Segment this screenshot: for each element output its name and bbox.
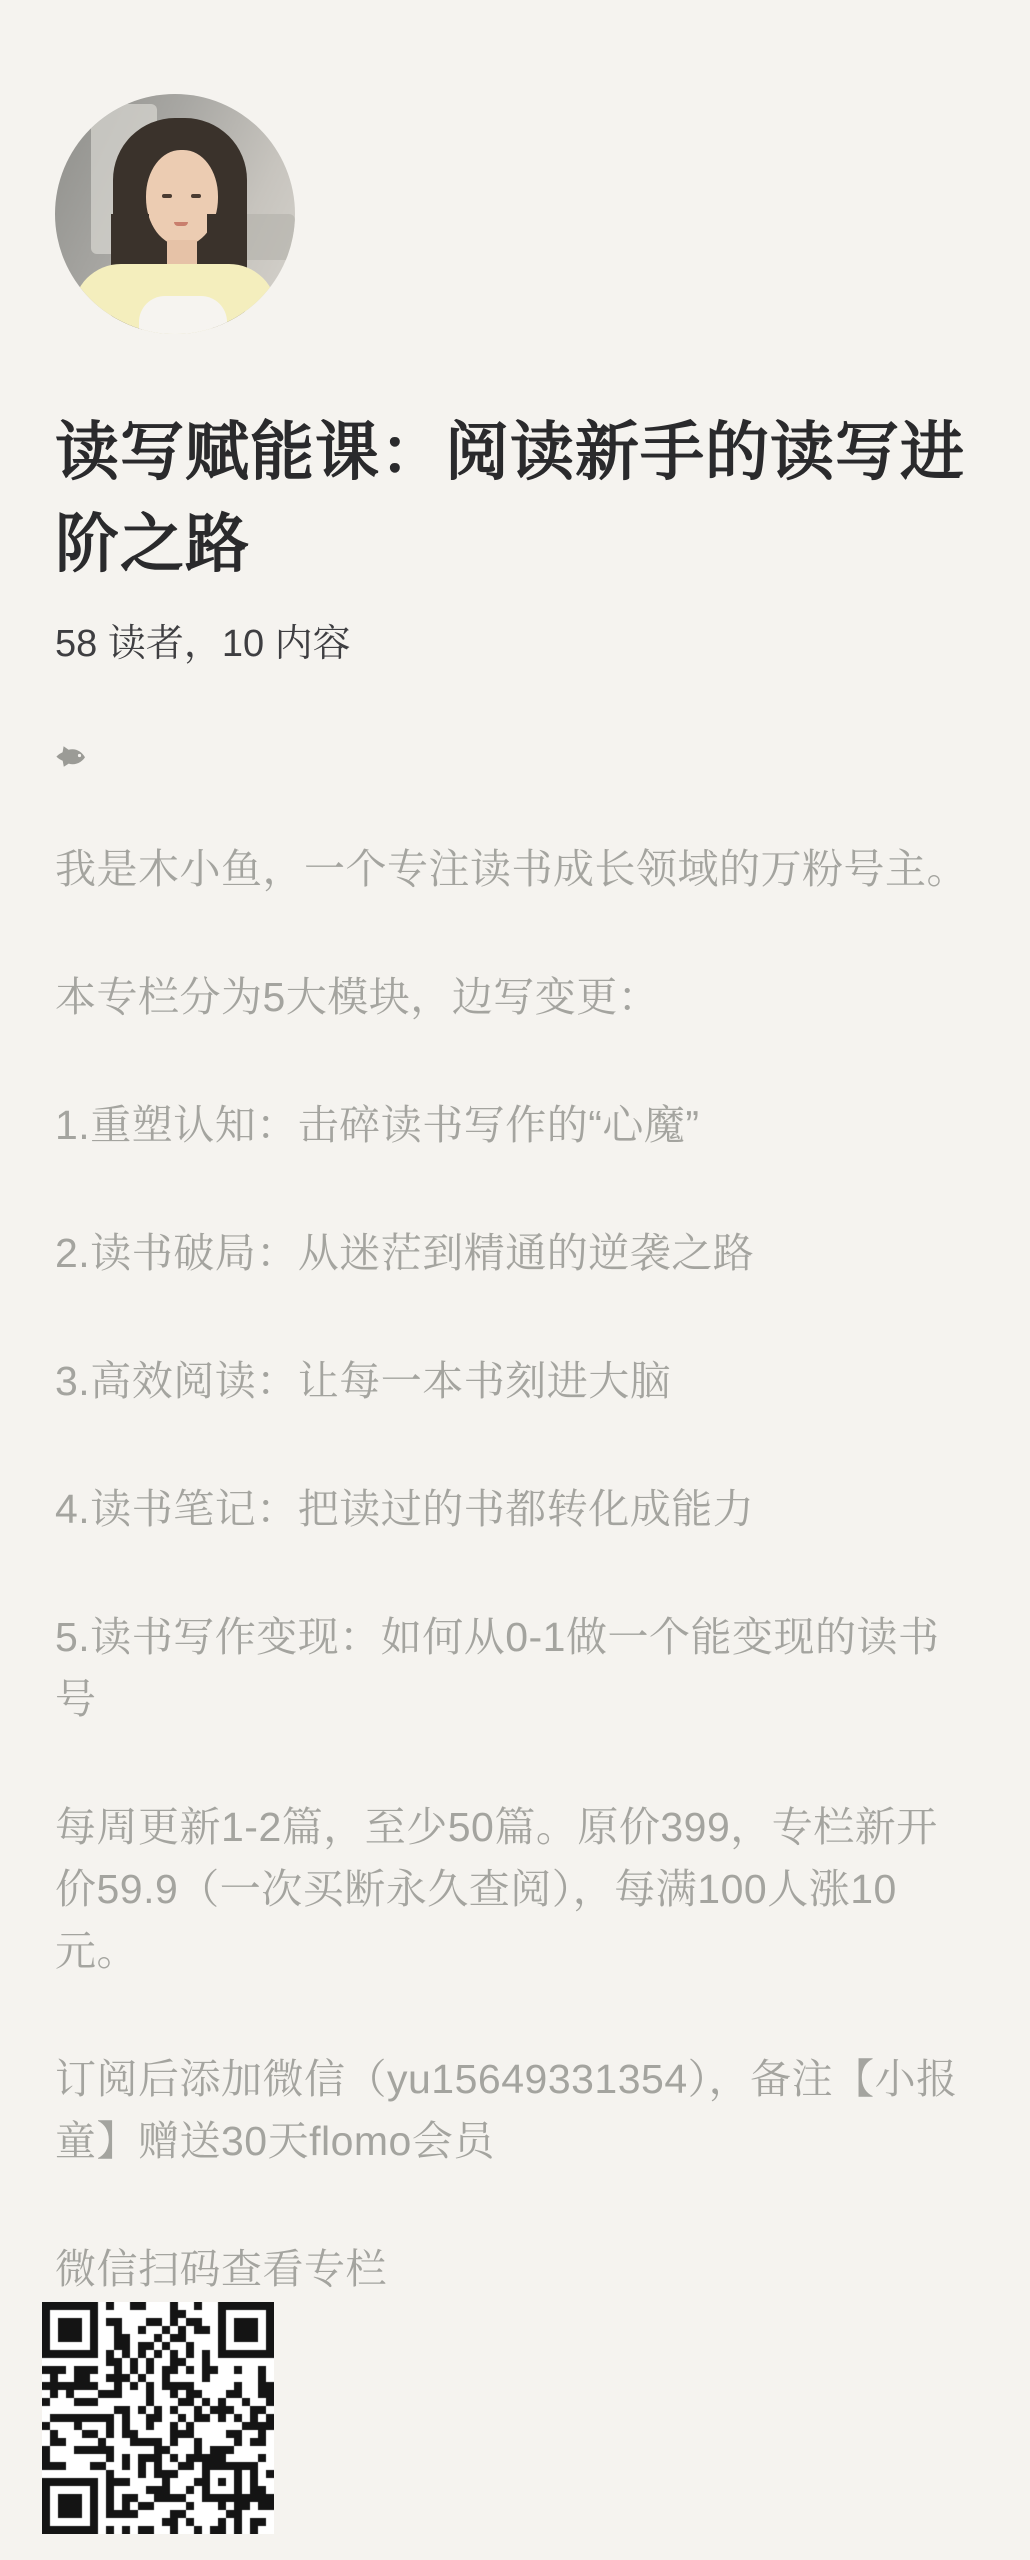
- qr-code: [42, 2302, 274, 2534]
- paragraph-module-3: 3.高效阅读：让每一本书刻进大脑: [55, 1350, 975, 1412]
- paragraph-module-5: 5.读书写作变现：如何从0-1做一个能变现的读书号: [55, 1606, 975, 1730]
- avatar-eye-right: [191, 194, 201, 198]
- body-text: 我是木小鱼，一个专注读书成长领域的万粉号主。 本专栏分为5大模块，边写变更： 1…: [55, 838, 975, 2300]
- stats-line: 58 读者，10 内容: [55, 616, 975, 672]
- paragraph-modules: 本专栏分为5大模块，边写变更：: [55, 966, 975, 1028]
- paragraph-module-1: 1.重塑认知：击碎读书写作的“心魔”: [55, 1094, 975, 1156]
- avatar-mouth: [174, 222, 188, 226]
- paragraph-module-4: 4.读书笔记：把读过的书都转化成能力: [55, 1478, 975, 1540]
- fish-icon: [55, 744, 87, 768]
- paragraph-pricing: 每周更新1-2篇，至少50篇。原价399，专栏新开价59.9（一次买断永久查阅）…: [55, 1796, 975, 1982]
- avatar-eye-left: [162, 194, 172, 198]
- paragraph-intro: 我是木小鱼，一个专注读书成长领域的万粉号主。: [55, 838, 975, 900]
- page-title: 读写赋能课：阅读新手的读写进阶之路: [55, 406, 975, 590]
- paragraph-module-2: 2.读书破局：从迷茫到精通的逆袭之路: [55, 1222, 975, 1284]
- avatar: [55, 94, 295, 334]
- column-landing-page: 读写赋能课：阅读新手的读写进阶之路 58 读者，10 内容 我是木小鱼，一个专注…: [0, 0, 1030, 2560]
- paragraph-wechat-note: 订阅后添加微信（yu15649331354），备注【小报童】赠送30天flomo…: [55, 2048, 975, 2172]
- avatar-camisole: [139, 296, 227, 334]
- qr-caption: 微信扫码查看专栏: [55, 2238, 975, 2300]
